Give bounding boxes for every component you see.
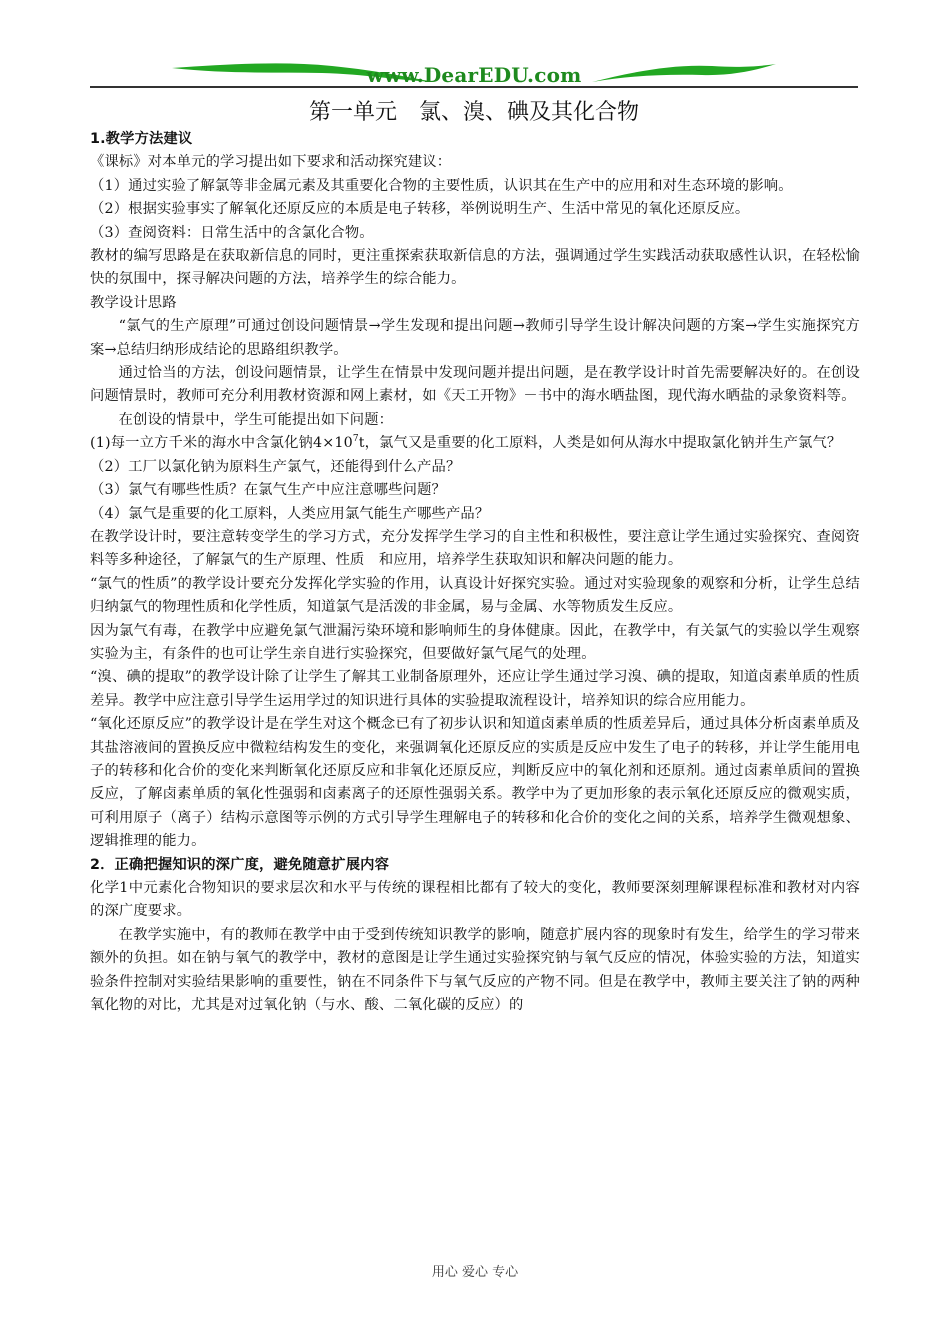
question-text: t，氯气又是重要的化工原料，人类是如何从海水中提取氯化钠并生产氯气？ [359,435,842,451]
page-title: 第一单元 氯、溴、碘及其化合物 [90,98,858,128]
paragraph: “氧化还原反应”的教学设计是在学生对这个概念已有了初步认识和知道卤素单质的性质差… [90,713,860,853]
paragraph: “溴、碘的提取”的教学设计除了让学生了解其工业制备原理外，还应让学生通过学习溴、… [90,666,860,713]
paragraph: 《课标》对本单元的学习提出如下要求和活动探究建议： [90,151,860,174]
section-heading-2: 2．正确把握知识的深广度，避免随意扩展内容 [90,854,860,877]
question-text: (1)每一立方千米的海水中含氯化钠4×10 [90,435,353,451]
page-footer: 用心 爱心 专心 [0,1261,950,1280]
paragraph: “氯气的性质”的教学设计要充分发挥化学实验的作用，认真设计好探究实验。通过对实验… [90,573,860,620]
question-item: （2）工厂以氯化钠为原料生产氯气，还能得到什么产品？ [90,456,860,479]
question-item: (1)每一立方千米的海水中含氯化钠4×107t，氯气又是重要的化工原料，人类是如… [90,432,860,455]
paragraph: 通过恰当的方法，创设问题情景，让学生在情景中发现问题并提出问题，是在教学设计时首… [90,362,860,409]
paragraph: （2）根据实验事实了解氧化还原反应的本质是电子转移，举例说明生产、生活中常见的氧… [90,198,860,221]
question-item: （3）氯气有哪些性质？在氯气生产中应注意哪些问题？ [90,479,860,502]
question-item: （4）氯气是重要的化工原料，人类应用氯气能生产哪些产品？ [90,503,860,526]
paragraph: 在教学实施中，有的教师在教学中由于受到传统知识教学的影响，随意扩展内容的现象时有… [90,924,860,1018]
paragraph: 因为氯气有毒，在教学中应避免氯气泄漏污染环境和影响师生的身体健康。因此，在教学中… [90,620,860,667]
document-page: www.DearEDU.com 第一单元 氯、溴、碘及其化合物 1.教学方法建议… [0,0,950,1344]
paragraph: 化学1中元素化合物知识的要求层次和水平与传统的课程相比都有了较大的变化，教师要深… [90,877,860,924]
paragraph: （1）通过实验了解氯等非金属元素及其重要化合物的主要性质，认识其在生产中的应用和… [90,175,860,198]
section-heading-1: 1.教学方法建议 [90,128,860,151]
subheading: 教学设计思路 [90,292,860,315]
paragraph: 在教学设计时，要注意转变学生的学习方式，充分发挥学生学习的自主性和积极性，要注意… [90,526,860,573]
paragraph: 教材的编写思路是在获取新信息的同时，更注重探索获取新信息的方法，强调通过学生实践… [90,245,860,292]
site-banner: www.DearEDU.com [172,62,776,86]
paragraph: （3）查阅资料：日常生活中的含氯化合物。 [90,222,860,245]
document-body: 1.教学方法建议 《课标》对本单元的学习提出如下要求和活动探究建议： （1）通过… [90,128,860,1017]
site-url: www.DearEDU.com [172,63,776,87]
paragraph: 在创设的情景中，学生可能提出如下问题： [90,409,860,432]
paragraph: “氯气的生产原理”可通过创设问题情景→学生发现和提出问题→教师引导学生设计解决问… [90,315,860,362]
header-rule [90,86,858,88]
